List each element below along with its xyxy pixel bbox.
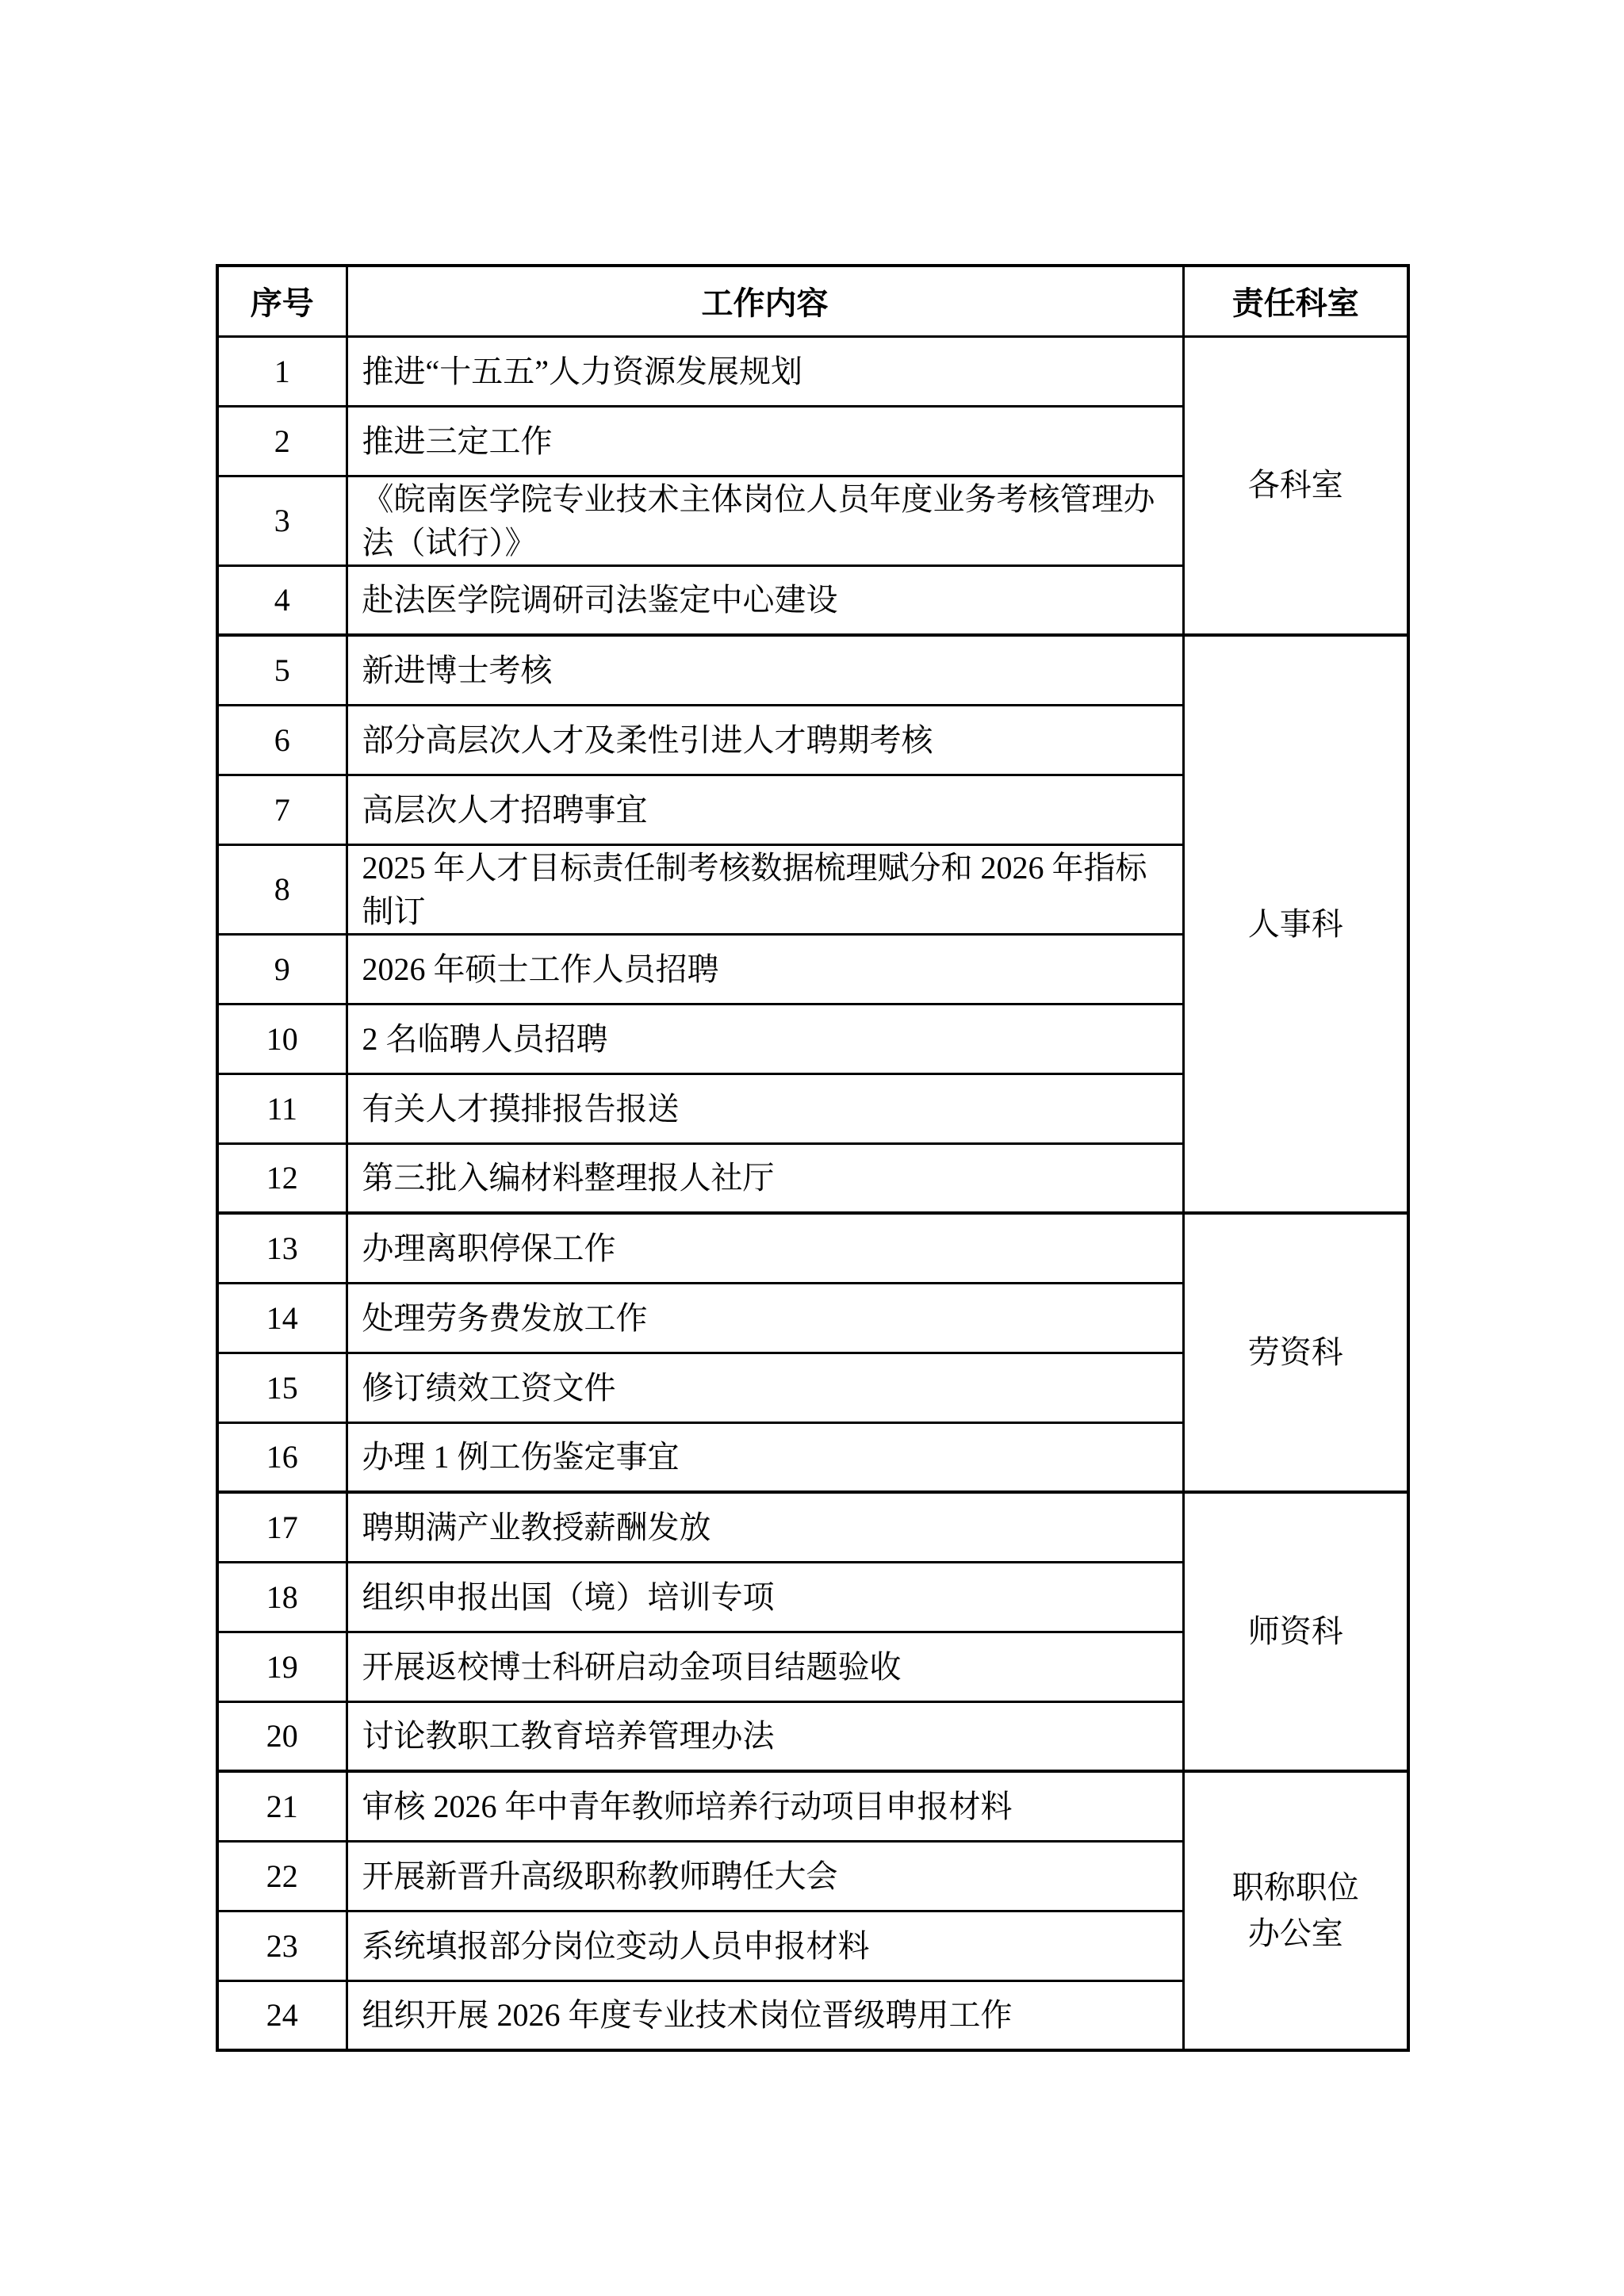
task-text: 开展新晋升高级职称教师聘任大会 (347, 1841, 1183, 1911)
task-text: 讨论教职工教育培养管理办法 (347, 1701, 1183, 1771)
row-number: 12 (217, 1143, 347, 1213)
table-row: 13 办理离职停保工作 劳资科 (217, 1213, 1408, 1283)
header-row: 序号 工作内容 责任科室 (217, 266, 1408, 336)
row-number: 15 (217, 1353, 347, 1422)
department-cell: 人事科 (1183, 635, 1408, 1213)
task-text: 办理离职停保工作 (347, 1213, 1183, 1283)
header-content: 工作内容 (347, 266, 1183, 336)
task-text: 新进博士考核 (347, 635, 1183, 705)
task-text: 2026 年硕士工作人员招聘 (347, 934, 1183, 1004)
row-number: 16 (217, 1422, 347, 1492)
row-number: 18 (217, 1562, 347, 1632)
department-cell: 职称职位办公室 (1183, 1771, 1408, 2050)
row-number: 1 (217, 336, 347, 406)
row-number: 9 (217, 934, 347, 1004)
row-number: 4 (217, 565, 347, 635)
header-index: 序号 (217, 266, 347, 336)
row-number: 17 (217, 1492, 347, 1562)
task-text: 系统填报部分岗位变动人员申报材料 (347, 1911, 1183, 1980)
task-text: 第三批入编材料整理报人社厅 (347, 1143, 1183, 1213)
department-label: 各科室 (1248, 462, 1343, 508)
task-text: 2 名临聘人员招聘 (347, 1004, 1183, 1073)
task-text: 《皖南医学院专业技术主体岗位人员年度业务考核管理办法（试行）》 (347, 476, 1183, 565)
table-row: 17 聘期满产业教授薪酬发放 师资科 (217, 1492, 1408, 1562)
row-number: 11 (217, 1073, 347, 1143)
task-text: 修订绩效工资文件 (347, 1353, 1183, 1422)
task-text: 推进“十五五”人力资源发展规划 (347, 336, 1183, 406)
row-number: 6 (217, 705, 347, 775)
row-number: 5 (217, 635, 347, 705)
task-text: 办理 1 例工伤鉴定事宜 (347, 1422, 1183, 1492)
row-number: 22 (217, 1841, 347, 1911)
row-number: 23 (217, 1911, 347, 1980)
task-text: 有关人才摸排报告报送 (347, 1073, 1183, 1143)
task-text: 赴法医学院调研司法鉴定中心建设 (347, 565, 1183, 635)
row-number: 3 (217, 476, 347, 565)
row-number: 13 (217, 1213, 347, 1283)
row-number: 19 (217, 1632, 347, 1701)
row-number: 20 (217, 1701, 347, 1771)
task-text: 2025 年人才目标责任制考核数据梳理赋分和 2026 年指标制订 (347, 844, 1183, 934)
task-text: 组织开展 2026 年度专业技术岗位晋级聘用工作 (347, 1980, 1183, 2050)
task-text: 高层次人才招聘事宜 (347, 775, 1183, 844)
department-cell: 师资科 (1183, 1492, 1408, 1771)
task-text: 聘期满产业教授薪酬发放 (347, 1492, 1183, 1562)
row-number: 14 (217, 1283, 347, 1353)
table-row: 5 新进博士考核 人事科 (217, 635, 1408, 705)
row-number: 7 (217, 775, 347, 844)
table-row: 21 审核 2026 年中青年教师培养行动项目申报材料 职称职位办公室 (217, 1771, 1408, 1841)
task-text: 部分高层次人才及柔性引进人才聘期考核 (347, 705, 1183, 775)
work-plan-table: 序号 工作内容 责任科室 1 推进“十五五”人力资源发展规划 各科室 2 推进三… (216, 264, 1410, 2052)
row-number: 24 (217, 1980, 347, 2050)
task-text: 推进三定工作 (347, 406, 1183, 476)
task-text: 开展返校博士科研启动金项目结题验收 (347, 1632, 1183, 1701)
table-row: 1 推进“十五五”人力资源发展规划 各科室 (217, 336, 1408, 406)
department-label: 人事科 (1248, 901, 1343, 947)
department-label: 劳资科 (1248, 1330, 1343, 1376)
document-page: 序号 工作内容 责任科室 1 推进“十五五”人力资源发展规划 各科室 2 推进三… (0, 0, 1624, 2296)
department-cell: 各科室 (1183, 336, 1408, 635)
row-number: 8 (217, 844, 347, 934)
task-text: 处理劳务费发放工作 (347, 1283, 1183, 1353)
row-number: 2 (217, 406, 347, 476)
task-text: 组织申报出国（境）培训专项 (347, 1562, 1183, 1632)
department-label: 师资科 (1248, 1609, 1343, 1655)
department-cell: 劳资科 (1183, 1213, 1408, 1492)
row-number: 21 (217, 1771, 347, 1841)
department-label: 职称职位办公室 (1224, 1865, 1367, 1957)
row-number: 10 (217, 1004, 347, 1073)
task-text: 审核 2026 年中青年教师培养行动项目申报材料 (347, 1771, 1183, 1841)
header-department: 责任科室 (1183, 266, 1408, 336)
